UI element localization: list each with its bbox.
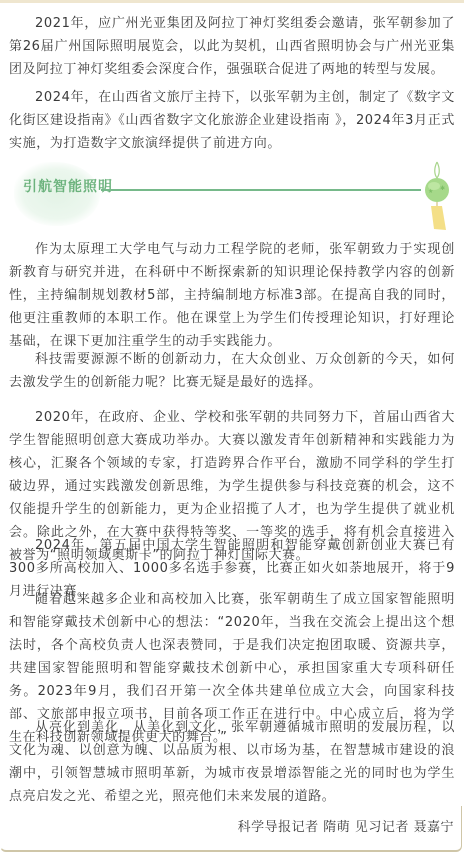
svg-text:✱: ✱: [440, 185, 445, 192]
section-header: 引航智能照明 ★ ✱: [0, 148, 464, 234]
byline: 科学导报记者 隋萌 见习记者 聂嘉宁: [238, 816, 454, 835]
section-title: 引航智能照明: [23, 176, 113, 196]
section-divider-line: [101, 189, 421, 191]
paragraph-2: 2024年，在山西省文旅厅主持下，以张军朝为主创，制定了《数字文化街区建设指南》…: [9, 86, 455, 155]
svg-text:★: ★: [428, 188, 433, 195]
wind-chime-icon: ★ ✱: [422, 160, 452, 232]
paragraph-1: 2021年，应广州光亚集团及阿拉丁神灯奖组委会邀请，张军朝参加了第26届广州国际…: [9, 12, 455, 81]
paragraph-8: 从亮化到美化，从美化到文化，张军朝遵循城市照明的发展历程，以文化为魂、以创意为魄…: [9, 716, 455, 808]
paragraph-3: 作为太原理工大学电气与动力工程学院的老师，张军朝致力于实现创新教育与研究并进，在…: [9, 238, 455, 353]
paragraph-4: 科技需要源源不断的创新动力，在大众创业、万众创新的今天，如何去激发学生的创新能力…: [9, 348, 455, 394]
